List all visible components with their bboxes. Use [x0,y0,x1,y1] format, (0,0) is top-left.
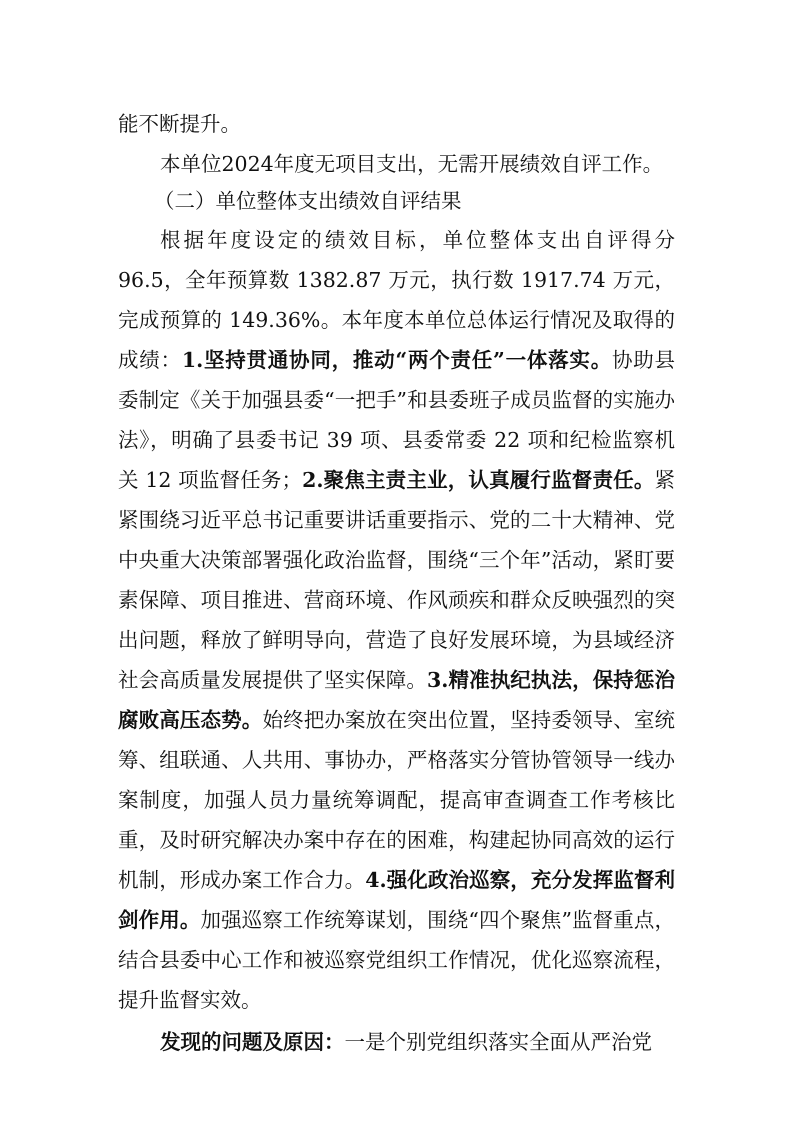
section-heading: （二）单位整体支出绩效自评结果 [118,184,675,218]
achievement-1-title: 1.坚持贯通协同，推动“两个责任”一体落实。 [182,348,612,372]
achievement-3-body: 始终把办案放在突出位置，坚持委领导、室统筹、组联通、人共用、事协办，严格落实分管… [118,708,675,892]
achievement-2-body: 紧紧围绕习近平总书记重要讲话重要指示、党的二十大精神、党中央重大决策部署强化政治… [118,468,675,692]
paragraph-overall-results: 根据年度设定的绩效目标，单位整体支出自评得分96.5，全年预算数 1382.87… [118,220,675,1020]
problems-label: 发现的问题及原因： [160,1030,345,1054]
achievement-4-body: 加强巡察工作统筹谋划，围绕“四个聚焦”监督重点，结合县委中心工作和被巡察党组织工… [118,908,675,1012]
paragraph-continuation: 能不断提升。 [118,104,675,144]
paragraph-problems: 发现的问题及原因：一是个别党组织落实全面从严治党 [118,1022,675,1062]
problems-body: 一是个别党组织落实全面从严治党 [345,1030,653,1054]
achievement-2-title: 2.聚焦主责主业，认真履行监督责任。 [302,468,654,492]
paragraph-no-project-spending: 本单位2024年度无项目支出，无需开展绩效自评工作。 [118,144,675,184]
document-page: 能不断提升。 本单位2024年度无项目支出，无需开展绩效自评工作。 （二）单位整… [118,104,675,1062]
